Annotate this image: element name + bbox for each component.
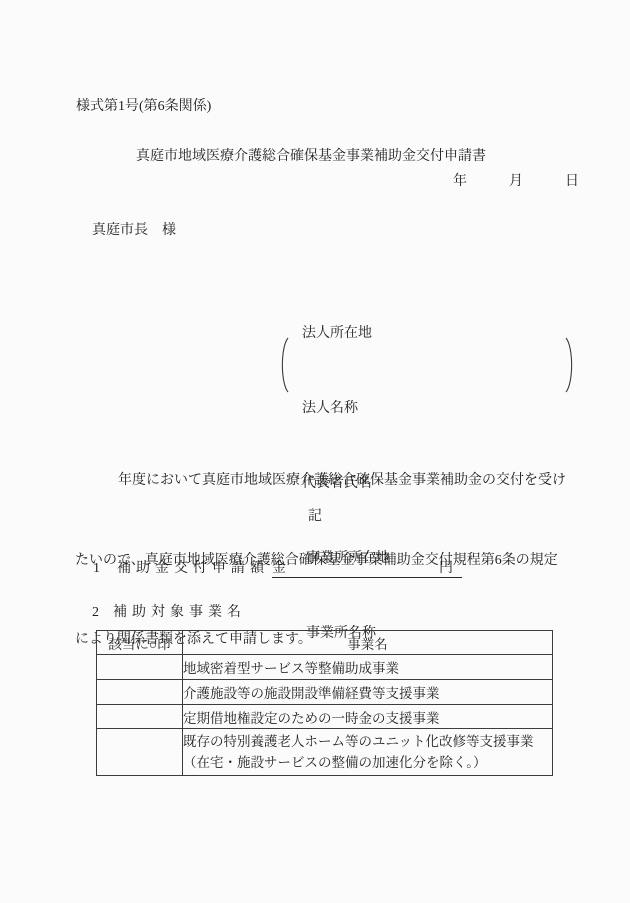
business-name-cell: 既存の特別養護老人ホーム等のユニット化改修等支援事業 （在宅・施設サービスの整備… [183, 729, 553, 776]
table-row: 介護施設等の施設開設準備経費等支援事業 [97, 680, 553, 705]
mark-cell [97, 655, 183, 680]
table-row: 地域密着型サービス等整備助成事業 [97, 655, 553, 680]
application-form-document: 様式第1号(第6条関係) 真庭市地域医療介護総合確保基金事業補助金交付申請書 年… [0, 0, 630, 903]
business-name-cell: 介護施設等の施設開設準備経費等支援事業 [183, 680, 553, 705]
business-name-line-1: 既存の特別養護老人ホーム等のユニット化改修等支援事業 [183, 731, 552, 752]
addressee: 真庭市長 様 [92, 222, 176, 239]
mark-cell [97, 729, 183, 776]
table-row: 定期借地権設定のための一時金の支援事業 [97, 705, 553, 729]
left-paren-icon [277, 337, 291, 393]
amount-underline-field: 金 円 [272, 558, 462, 578]
mark-cell [97, 680, 183, 705]
separator-ki: 記 [0, 508, 630, 525]
amount-suffix: 円 [439, 560, 453, 577]
business-name-table: 該当に○印 事業名 地域密着型サービス等整備助成事業 介護施設等の施設開設準備経… [96, 630, 553, 776]
mark-cell [97, 705, 183, 729]
item1-label: 補助金交付申請額 [117, 560, 269, 577]
business-name-line-2: （在宅・施設サービスの整備の加速化分を除く。） [183, 752, 552, 773]
statement-line-1: 年度において真庭市地域医療介護総合確保基金事業補助金の交付を受け [75, 468, 561, 495]
page-title: 真庭市地域医療介護総合確保基金事業補助金交付申請書 [0, 148, 622, 165]
business-name-cell: 定期借地権設定のための一時金の支援事業 [183, 705, 553, 729]
corporation-address-label: 法人所在地 [302, 321, 390, 346]
table-header-row: 該当に○印 事業名 [97, 631, 553, 655]
business-name-cell: 地域密着型サービス等整備助成事業 [183, 655, 553, 680]
name-column-header: 事業名 [183, 631, 553, 655]
right-paren-icon [563, 337, 577, 393]
mark-column-header: 該当に○印 [97, 631, 183, 655]
amount-prefix: 金 [272, 560, 286, 577]
table-row: 既存の特別養護老人ホーム等のユニット化改修等支援事業 （在宅・施設サービスの整備… [97, 729, 553, 776]
item2-number: 2 [92, 604, 99, 621]
form-number: 様式第1号(第6条関係) [76, 98, 211, 115]
item1-number: 1 [93, 560, 100, 577]
item2-label: 補助対象事業名 [113, 604, 246, 621]
date-line: 年 月 日 [453, 173, 579, 190]
